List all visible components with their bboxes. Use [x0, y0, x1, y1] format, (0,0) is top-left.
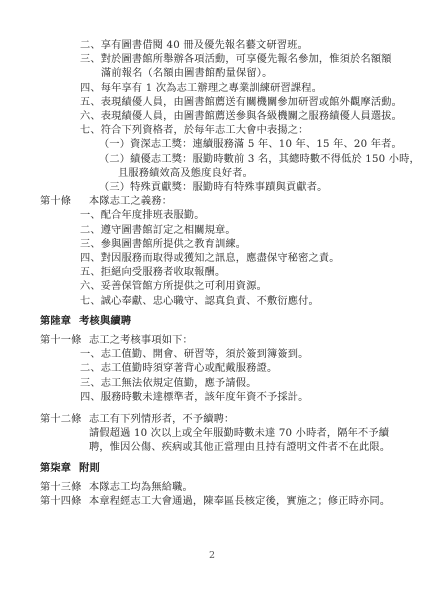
list-item-line: 二、志工值勤時須穿著背心或配戴服務證。	[0, 362, 424, 376]
article-number-label: 第十一條	[40, 334, 89, 348]
sub-item-line: （一）資深志工獎：連續服務滿 5 年、10 年、15 年、20 年者。	[0, 138, 424, 152]
article-continuation-line: 請假超過 10 次以上或全年服勤時數未達 70 小時者，隔年不予續	[0, 427, 424, 441]
sub-item-continuation-line: 且服務績效高及態度良好者。	[0, 167, 424, 181]
chapter-heading: 第柒章附則	[0, 461, 424, 475]
list-item-line: 六、表現績優人員，由圖書館薦送參與各級機關之服務績優人員選拔。	[0, 110, 424, 124]
list-item-line: 七、符合下列資格者，於每年志工大會中表揚之：	[0, 124, 424, 138]
article-number-label: 第十二條	[40, 413, 89, 427]
list-item-line: 三、參與圖書館所提供之教育訓練。	[0, 238, 424, 252]
article-line: 第十四條本章程經志工大會通過，陳奉區長核定後，實施之；修正時亦同。	[0, 495, 424, 509]
chapter-heading: 第陸章考核與續聘	[0, 314, 424, 328]
chapter-number-label: 第柒章	[40, 462, 71, 474]
article-line: 第十條本隊志工之義務：	[0, 195, 424, 209]
list-item-line: 二、遵守圖書館訂定之相關規章。	[0, 224, 424, 238]
article-text: 本章程經志工大會通過，陳奉區長核定後，實施之；修正時亦同。	[89, 495, 424, 509]
article-text: 志工有下列情形者，不予續聘：	[89, 413, 424, 427]
article-number-label: 第十四條	[40, 495, 89, 509]
sub-item-line: （二）績優志工獎：服勤時數前 3 名，其總時數不得低於 150 小時，	[0, 153, 424, 167]
list-item-line: 四、對因服務而取得或獲知之訊息，應盡保守秘密之責。	[0, 252, 424, 266]
list-item-line: 四、每年享有 1 次為志工辦理之專業訓練研習課程。	[0, 82, 424, 96]
list-item-line: 六、妥善保管館方所提供之可利用資源。	[0, 280, 424, 294]
list-item-line: 四、服務時數未達標準者，該年度年資不予採計。	[0, 391, 424, 405]
list-item-line: 三、對於圖書館所舉辦各項活動，可享優先報名參加，惟須於名額額	[0, 53, 424, 67]
document-page: 二、享有圖書借閱 40 冊及優先報名藝文研習班。三、對於圖書館所舉辦各項活動，可…	[0, 0, 424, 600]
article-number-label: 第十條	[40, 195, 89, 209]
list-item-line: 五、拒絕向受服務者收取報酬。	[0, 266, 424, 280]
list-item-line: 三、志工無法依規定值勤，應予請假。	[0, 377, 424, 391]
document-body: 二、享有圖書借閱 40 冊及優先報名藝文研習班。三、對於圖書館所舉辦各項活動，可…	[0, 0, 424, 509]
article-text: 志工之考核事項如下：	[89, 334, 424, 348]
sub-item-line: （三）特殊貢獻獎：服勤時有特殊事蹟與貢獻者。	[0, 181, 424, 195]
page-number: 2	[0, 550, 424, 562]
chapter-title-text: 考核與續聘	[79, 315, 131, 327]
article-line: 第十一條志工之考核事項如下：	[0, 334, 424, 348]
article-text: 本隊志工均為無給職。	[89, 481, 424, 495]
list-item-line: 一、配合年度排班表服勤。	[0, 209, 424, 223]
article-line: 第十二條志工有下列情形者，不予續聘：	[0, 413, 424, 427]
article-text: 本隊志工之義務：	[89, 195, 424, 209]
article-line: 第十三條本隊志工均為無給職。	[0, 481, 424, 495]
list-item-line: 一、志工值勤、開會、研習等，須於簽到簿簽到。	[0, 348, 424, 362]
article-number-label: 第十三條	[40, 481, 89, 495]
list-item-line: 五、表現績優人員，由圖書館薦送有關機關參加研習或館外觀摩活動。	[0, 96, 424, 110]
chapter-number-label: 第陸章	[40, 315, 71, 327]
list-item-line: 二、享有圖書借閱 40 冊及優先報名藝文研習班。	[0, 39, 424, 53]
list-item-continuation-line: 滿前報名（名額由圖書館酌量保留）。	[0, 67, 424, 81]
list-item-line: 七、誠心奉獻、忠心職守、認真負責、不敷衍應付。	[0, 295, 424, 309]
article-continuation-line: 聘，惟因公傷、疾病或其他正當理由且持有證明文件者不在此限。	[0, 441, 424, 455]
chapter-title-text: 附則	[79, 462, 100, 474]
